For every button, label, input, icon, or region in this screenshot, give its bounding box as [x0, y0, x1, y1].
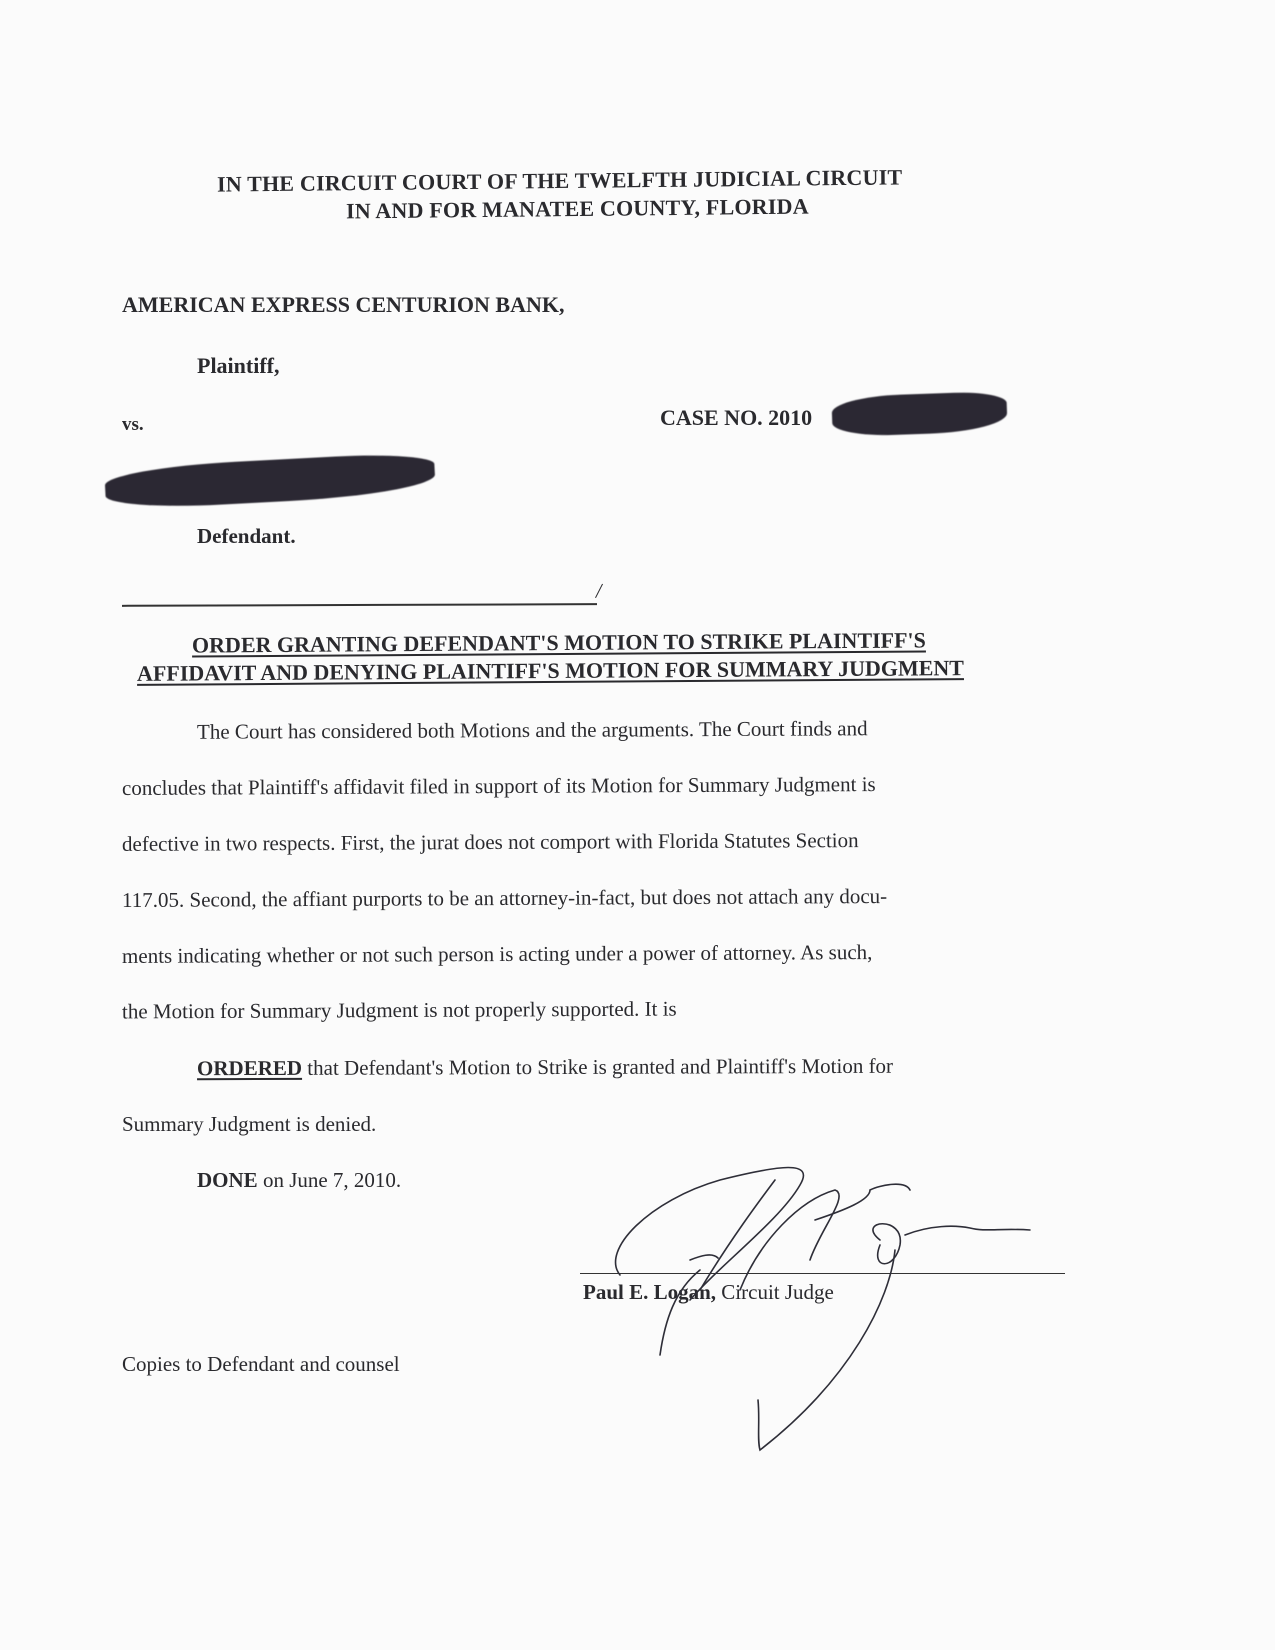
- body-line-3: defective in two respects. First, the ju…: [122, 828, 859, 857]
- caption-divider: [122, 603, 597, 606]
- handwritten-signature: [0, 0, 1275, 1650]
- body-line-5: ments indicating whether or not such per…: [122, 940, 872, 969]
- ordered-line-2: Summary Judgment is denied.: [122, 1112, 376, 1137]
- body-line-4: 117.05. Second, the affiant purports to …: [122, 884, 887, 913]
- court-name-line-2: IN AND FOR MANATEE COUNTY, FLORIDA: [346, 194, 809, 225]
- done-keyword: DONE: [197, 1168, 258, 1192]
- done-date: on June 7, 2010.: [258, 1168, 402, 1192]
- defendant-name-redaction: [104, 451, 436, 510]
- ordered-line: ORDERED that Defendant's Motion to Strik…: [197, 1054, 893, 1081]
- body-line-1: The Court has considered both Motions an…: [197, 716, 868, 745]
- order-title-line-2: AFFIDAVIT AND DENYING PLAINTIFF'S MOTION…: [137, 655, 964, 687]
- plaintiff-label: Plaintiff,: [197, 353, 280, 379]
- signature-line: [580, 1273, 1065, 1274]
- done-line: DONE on June 7, 2010.: [197, 1168, 401, 1193]
- judge-name: Paul E. Logan,: [583, 1280, 716, 1304]
- plaintiff-name: AMERICAN EXPRESS CENTURION BANK,: [122, 292, 565, 318]
- ordered-text: that Defendant's Motion to Strike is gra…: [302, 1054, 893, 1080]
- judge-title: Circuit Judge: [716, 1280, 834, 1304]
- order-title-line-1: ORDER GRANTING DEFENDANT'S MOTION TO STR…: [192, 627, 926, 658]
- defendant-label: Defendant.: [197, 524, 296, 549]
- case-number-redaction: [831, 391, 1007, 437]
- judge-signature-caption: Paul E. Logan, Circuit Judge: [583, 1280, 834, 1305]
- court-name-line-1: IN THE CIRCUIT COURT OF THE TWELFTH JUDI…: [217, 164, 903, 197]
- versus-label: vs.: [122, 414, 144, 436]
- caption-slash: /: [594, 578, 604, 605]
- ordered-keyword: ORDERED: [197, 1056, 302, 1080]
- case-number-label: CASE NO. 2010: [660, 405, 812, 431]
- body-line-2: concludes that Plaintiff's affidavit fil…: [122, 772, 876, 801]
- body-line-6: the Motion for Summary Judgment is not p…: [122, 997, 677, 1025]
- copies-notation: Copies to Defendant and counsel: [122, 1352, 400, 1377]
